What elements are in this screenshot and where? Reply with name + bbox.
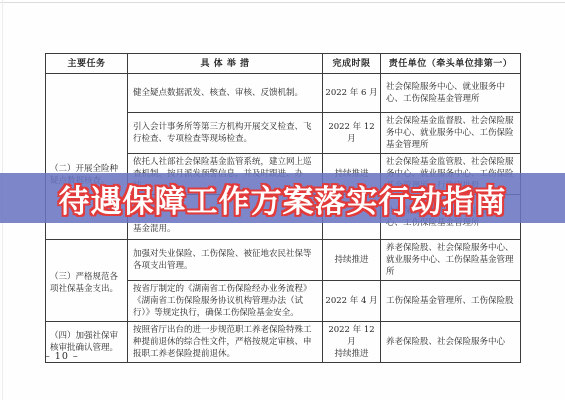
table-row: （四）加强社保审核审批确认管理。 按照省厅出台的进一步规范职工养老保险特殊工种提… bbox=[46, 322, 521, 363]
deadline-cell: 持续推进 bbox=[323, 240, 381, 281]
header-task: 主要任务 bbox=[46, 54, 128, 74]
measure-cell: 按照省厅出台的进一步规范职工养老保险特殊工种提前退休的综合性文件，严格按规定审核… bbox=[128, 322, 323, 363]
banner-title: 待遇保障工作方案落实行动指南 bbox=[59, 176, 507, 221]
measure-cell: 健全疑点数据派发、核查、审核、反馈机制。 bbox=[128, 74, 323, 113]
document-page: 主要任务 具 体 举 措 完成时限 责任单位（牵头单位排第一） （二）开展全险种… bbox=[0, 0, 565, 400]
responsible-cell: 社会保险服务中心、就业服务中心、工伤保险基金管理所 bbox=[381, 74, 521, 113]
responsible-cell: 养老保险股、社会保险服务中心、就业服务中心、工伤保险基金管理所 bbox=[381, 240, 521, 281]
responsible-cell: 工伤保险基金管理所、工伤保险股 bbox=[381, 281, 521, 322]
page-number: – 10 – bbox=[45, 351, 79, 362]
table-row: （二）开展全险种疑点数据核查。 健全疑点数据派发、核查、审核、反馈机制。 202… bbox=[46, 74, 521, 113]
table-row: （三）严格规范各项社保基金支出。 加强对失业保险、工伤保险、被征地农民社保等各项… bbox=[46, 240, 521, 281]
measure-cell: 按省厅制定的《湖南省工伤保险经办业务流程》《湖南省工伤保险服务协议机构管理办法（… bbox=[128, 281, 323, 322]
deadline-cell: 2022 年 4 月 bbox=[323, 281, 381, 322]
deadline-cell: 2022 年 12 月 bbox=[323, 113, 381, 154]
page-edge-top bbox=[0, 2, 565, 3]
deadline-cell: 2022 年 12 月 持续推进 bbox=[323, 322, 381, 363]
deadline-cell: 2022 年 6 月 bbox=[323, 74, 381, 113]
section-label-3: （三）严格规范各项社保基金支出。 bbox=[46, 240, 128, 322]
header-responsible: 责任单位（牵头单位排第一） bbox=[381, 54, 521, 74]
overlay-banner: 待遇保障工作方案落实行动指南 bbox=[0, 173, 565, 223]
responsible-cell: 养老保险股、社会保险服务中心 bbox=[381, 322, 521, 363]
header-measure: 具 体 举 措 bbox=[128, 54, 323, 74]
table-header-row: 主要任务 具 体 举 措 完成时限 责任单位（牵头单位排第一） bbox=[46, 54, 521, 74]
measure-cell: 引入会计事务所等第三方机构开展交叉检查、飞行检查、专项检查等现场检查。 bbox=[128, 113, 323, 154]
responsible-cell: 社会保险基金监督股、社会保险服务中心、就业服务中心、工伤保险基金管理所 bbox=[381, 113, 521, 154]
measure-cell: 加强对失业保险、工伤保险、被征地农民社保等各项支出管理。 bbox=[128, 240, 323, 281]
header-deadline: 完成时限 bbox=[323, 54, 381, 74]
